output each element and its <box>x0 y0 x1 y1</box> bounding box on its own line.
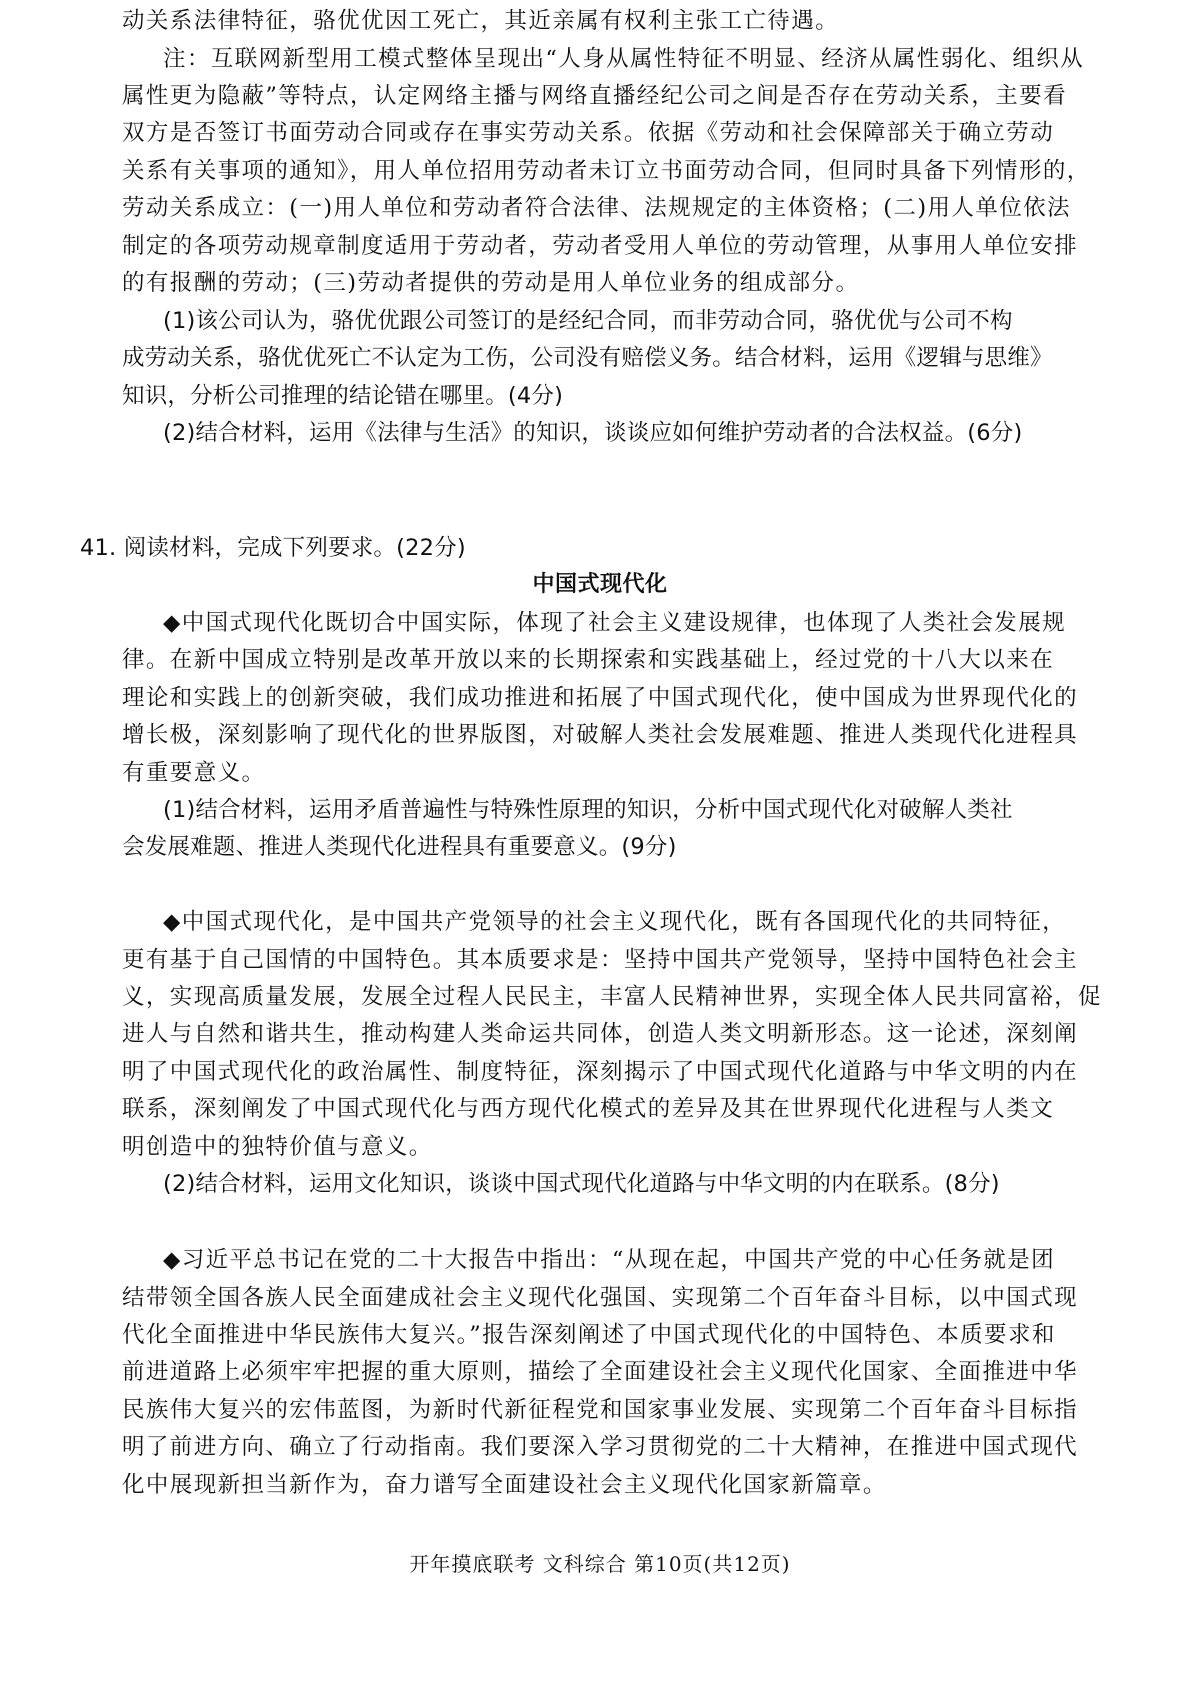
text-line: 劳动关系成立：(一)用人单位和劳动者符合法律、法规规定的主体资格；(二)用人单位… <box>122 193 1102 223</box>
material-line: 进人与自然和谐共生，推动构建人类命运共同体，创造人类文明新形态。这一论述，深刻阐 <box>122 1019 1102 1049</box>
text-line: 制定的各项劳动规章制度适用于劳动者，劳动者受用人单位的劳动管理，从事用人单位安排 <box>122 231 1102 261</box>
note-line: 注：互联网新型用工模式整体呈现出“人身从属性特征不明显、经济从属性弱化、组织从 <box>163 44 1103 74</box>
material-line: 律。在新中国成立特别是改革开放以来的长期探索和实践基础上，经过党的十八大以来在 <box>122 645 1102 675</box>
material-line: ◆中国式现代化，是中国共产党领导的社会主义现代化，既有各国现代化的共同特征， <box>163 907 1103 937</box>
material-line: 明了中国式现代化的政治属性、制度特征，深刻揭示了中国式现代化道路与中华文明的内在 <box>122 1057 1102 1087</box>
subquestion-line: (1)结合材料，运用矛盾普遍性与特殊性原理的知识，分析中国式现代化对破解人类社 <box>163 795 1103 825</box>
material-line: 明了前进方向、确立了行动指南。我们要深入学习贯彻党的二十大精神，在推进中国式现代 <box>122 1432 1102 1462</box>
material-line: 义，实现高质量发展，发展全过程人民民主，丰富人民精神世界，实现全体人民共同富裕，… <box>122 982 1102 1012</box>
subquestion-line: 知识，分析公司推理的结论错在哪里。(4分) <box>122 381 1102 411</box>
subquestion-line: 成劳动关系，骆优优死亡不认定为工伤，公司没有赔偿义务。结合材料，运用《逻辑与思维… <box>122 343 1102 373</box>
material-line: ◆中国式现代化既切合中国实际，体现了社会主义建设规律，也体现了人类社会发展规 <box>163 608 1103 638</box>
subquestion-line: (1)该公司认为，骆优优跟公司签订的是经纪合同，而非劳动合同，骆优优与公司不构 <box>163 306 1103 336</box>
material-line: 理论和实践上的创新突破，我们成功推进和拓展了中国式现代化，使中国成为世界现代化的 <box>122 683 1102 713</box>
page-footer: 开年摸底联考 文科综合 第10页(共12页) <box>0 1550 1200 1578</box>
material-line: 前进道路上必须牢牢把握的重大原则，描绘了全面建设社会主义现代化国家、全面推进中华 <box>122 1357 1102 1387</box>
q41-header: 41. 阅读材料，完成下列要求。(22分) <box>80 533 1060 563</box>
text-line: 的有报酬的劳动；(三)劳动者提供的劳动是用人单位业务的组成部分。 <box>122 268 1102 298</box>
material-line: 增长极，深刻影响了现代化的世界版图，对破解人类社会发展难题、推进人类现代化进程具 <box>122 720 1102 750</box>
text-line: 属性更为隐蔽”等特点，认定网络主播与网络直播经纪公司之间是否存在劳动关系，主要看 <box>122 81 1102 111</box>
material-line: 有重要意义。 <box>122 758 1102 788</box>
material-line: 化中展现新担当新作为，奋力谱写全面建设社会主义现代化国家新篇章。 <box>122 1470 1102 1500</box>
text-line: 关系有关事项的通知》，用人单位招用劳动者未订立书面劳动合同，但同时具备下列情形的… <box>122 156 1102 186</box>
subquestion-line: 会发展难题、推进人类现代化进程具有重要意义。(9分) <box>122 832 1102 862</box>
text-line: 动关系法律特征，骆优优因工死亡，其近亲属有权利主张工亡待遇。 <box>122 6 1102 36</box>
q41-title: 中国式现代化 <box>0 570 1200 600</box>
material-line: 更有基于自己国情的中国特色。其本质要求是：坚持中国共产党领导，坚持中国特色社会主 <box>122 945 1102 975</box>
q40-subquestion-2: (2)结合材料，运用《法律与生活》的知识，谈谈应如何维护劳动者的合法权益。(6分… <box>163 418 1103 448</box>
q41-subquestion-2: (2)结合材料，运用文化知识，谈谈中国式现代化道路与中华文明的内在联系。(8分) <box>163 1169 1103 1199</box>
material-line: 明创造中的独特价值与意义。 <box>122 1132 1102 1162</box>
material-line: 代化全面推进中华民族伟大复兴。”报告深刻阐述了中国式现代化的中国特色、本质要求和 <box>122 1320 1102 1350</box>
material-line: 民族伟大复兴的宏伟蓝图，为新时代新征程党和国家事业发展、实现第二个百年奋斗目标指 <box>122 1395 1102 1425</box>
exam-page: 动关系法律特征，骆优优因工死亡，其近亲属有权利主张工亡待遇。 注：互联网新型用工… <box>0 0 1200 1700</box>
material-line: 结带领全国各族人民全面建成社会主义现代化强国、实现第二个百年奋斗目标，以中国式现 <box>122 1283 1102 1313</box>
material-line: ◆习近平总书记在党的二十大报告中指出：“从现在起，中国共产党的中心任务就是团 <box>163 1245 1103 1275</box>
text-line: 双方是否签订书面劳动合同或存在事实劳动关系。依据《劳动和社会保障部关于确立劳动 <box>122 118 1102 148</box>
material-line: 联系，深刻阐发了中国式现代化与西方现代化模式的差异及其在世界现代化进程与人类文 <box>122 1094 1102 1124</box>
